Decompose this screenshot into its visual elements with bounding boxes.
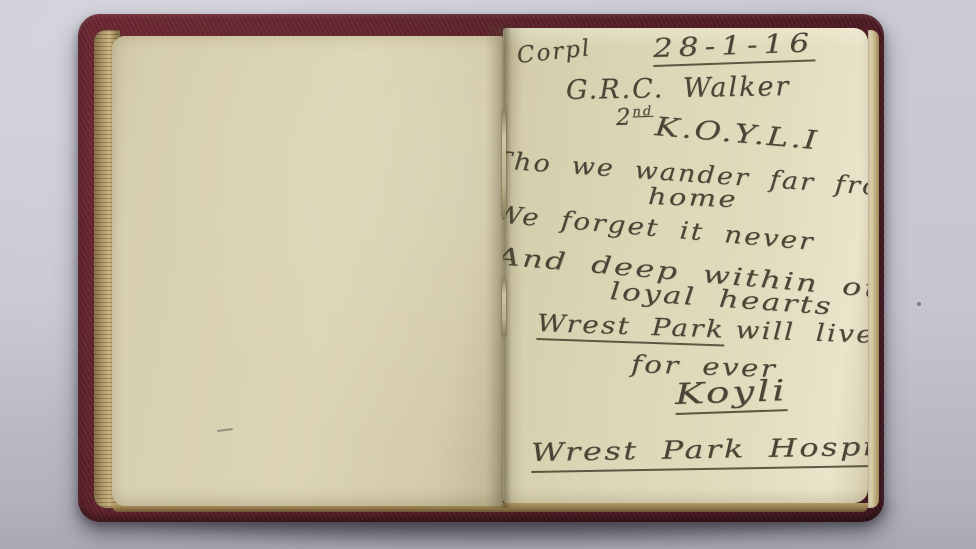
date-text: 28-1-16 [652, 28, 815, 67]
page-edges-right [868, 30, 879, 508]
poem-line-4-emphasis: Wrest Park [536, 309, 725, 347]
dust-speck [917, 302, 921, 306]
signer-name-text: G.R.C. Walker [566, 71, 791, 106]
poem-line-1-carry: home [648, 184, 739, 213]
regiment-text: K.O.Y.L.I [654, 112, 821, 156]
unit-number-text: 2nd [616, 104, 654, 131]
unit-number: 2 [616, 104, 634, 131]
unit-ordinal: nd [632, 104, 653, 120]
pencil-mark [217, 428, 233, 432]
autograph-book: Corpl 28-1-16 G.R.C. Walker 2nd K.O.Y.L.… [78, 14, 884, 522]
location-text: Wrest Park Hospital [531, 431, 868, 473]
photo-background: Corpl 28-1-16 G.R.C. Walker 2nd K.O.Y.L.… [0, 0, 976, 549]
signature-text: Koyli [674, 373, 788, 415]
left-page-blank [112, 36, 503, 506]
signer-name: G.R.C. Walker [566, 71, 791, 106]
binding-stitch-lower [502, 280, 506, 336]
poem-line-4-rest: will live [735, 316, 868, 349]
binding-stitch-upper [502, 110, 506, 218]
right-page-inscription: Corpl 28-1-16 G.R.C. Walker 2nd K.O.Y.L.… [503, 28, 868, 503]
rank-text: Corpl [516, 35, 593, 69]
